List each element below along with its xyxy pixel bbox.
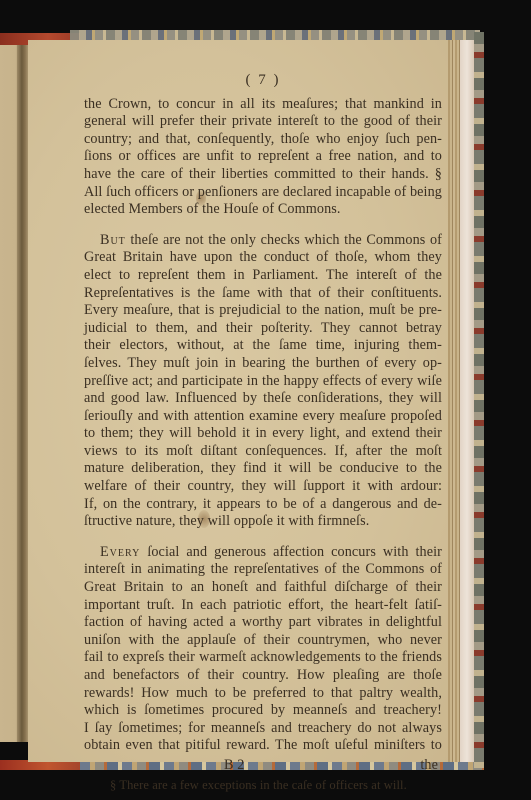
text-line: judicial to them, and their poſterity. T… — [84, 320, 442, 338]
text-line: which is ſometimes procured by meanneſs … — [84, 702, 442, 720]
text-line: elected Members of the Houſe of Commons. — [84, 201, 442, 219]
text-line: Repreſentatives is the ſame with that of… — [84, 285, 442, 303]
page-text: ( 7 ) the Crown, to concur in all its me… — [84, 72, 442, 794]
text-line: ſtructive nature, they will oppoſe it wi… — [84, 513, 442, 531]
text-line: obtain even that pitiful reward. The moſ… — [84, 737, 442, 755]
signature-mark: B 2 — [224, 757, 244, 775]
text-line: All ſuch officers or penſioners are decl… — [84, 184, 442, 202]
paragraph-3: Every ſocial and generous affection conc… — [84, 544, 442, 755]
text-line: If, on the contrary, it appears to be of… — [84, 496, 442, 514]
paragraph-1: the Crown, to concur in all its meaſures… — [84, 96, 442, 219]
text-line: ſeriouſly and with attention examine eve… — [84, 408, 442, 426]
endpaper — [460, 40, 474, 762]
text-line: mature deliberation, they find it will b… — [84, 460, 442, 478]
text-line: and good law. Influenced by theſe conſid… — [84, 390, 442, 408]
text-line: Every ſocial and generous affection conc… — [84, 544, 442, 562]
text-line-rest: ſocial and generous affection concurs wi… — [147, 544, 442, 560]
text-line: faction of having acted a worthy part vi… — [84, 614, 442, 632]
text-line: views to its moſt diſtant conſequences. … — [84, 443, 442, 461]
paragraph-2: But theſe are not the only checks which … — [84, 232, 442, 531]
lead-word: Every — [100, 544, 140, 560]
text-line: elect to repreſent them in Parliament. T… — [84, 267, 442, 285]
text-line: welfare of their country, they will ſupp… — [84, 478, 442, 496]
text-line: Great Britain have upon the conduct of t… — [84, 249, 442, 267]
text-line: have the care of their liberties committ… — [84, 166, 442, 184]
text-line: fail to expreſs their warmeſt acknowledg… — [84, 649, 442, 667]
footnote: § There are a few exceptions in the caſe… — [84, 777, 442, 795]
text-line: ſions or offices are unfit to repreſent … — [84, 148, 442, 166]
text-line: the Crown, to concur in all its meaſures… — [84, 96, 442, 114]
text-line: Great Britain to an honeſt and faithful … — [84, 579, 442, 597]
text-line: general will prefer their private intere… — [84, 113, 442, 131]
text-line: Every meaſure, that is prejudicial to th… — [84, 302, 442, 320]
marbled-edge-right — [474, 32, 484, 768]
text-line: But theſe are not the only checks which … — [84, 232, 442, 250]
text-line: uniſon with the applauſe of their countr… — [84, 632, 442, 650]
page-footer-marks: B 2 the — [84, 757, 442, 775]
text-line: country; and that, conſequently, thoſe w… — [84, 131, 442, 149]
text-line: important truſt. In each patriotic effor… — [84, 597, 442, 615]
text-line: to them; they will behold it in every li… — [84, 425, 442, 443]
text-line: preſſive act; and participate in the hap… — [84, 373, 442, 391]
text-line: I ſay ſometimes; for meanneſs and treach… — [84, 720, 442, 738]
text-line-rest: theſe are not the only checks which the … — [130, 232, 442, 248]
lead-word: But — [100, 232, 126, 248]
text-line: rewards! How much to be preferred to tha… — [84, 685, 442, 703]
text-line: ſelves. They muſt join in bearing the bu… — [84, 355, 442, 373]
page-number: ( 7 ) — [84, 72, 442, 90]
catchword: the — [420, 757, 438, 775]
text-line: and benefactors of their country. How pl… — [84, 667, 442, 685]
text-line: their electors, without, at the ſame tim… — [84, 337, 442, 355]
text-line: intereſt in animating the repreſentative… — [84, 561, 442, 579]
